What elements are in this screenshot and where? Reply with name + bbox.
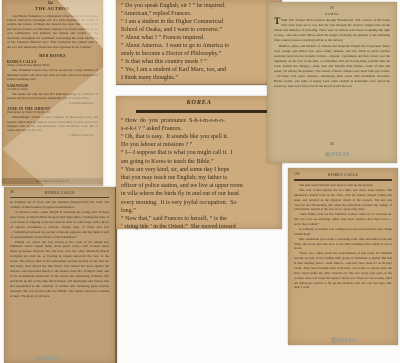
- header-rule: [10, 197, 109, 198]
- text-line: officer of police station, and we live a…: [121, 182, 277, 190]
- scan-page-130: 130 KOREA CALLS The aunt seated herself …: [288, 168, 398, 345]
- scanned-pages-collage: THE AUTHOR Lois Hawks Swinehart, is a mi…: [0, 0, 400, 363]
- running-title: KOREA: [116, 99, 282, 106]
- book-subtitle: A Child of Chosen: [7, 88, 98, 92]
- price-line: 4 Volumes, Each $1.25: [2, 178, 103, 184]
- text-line: Farther on, where the way swung to the c…: [10, 240, 109, 299]
- author-heading: THE AUTHOR: [7, 6, 98, 11]
- seal-text-marks: [43, 356, 60, 360]
- text-line: "Don't say a thing about the wretchednes…: [294, 251, 392, 290]
- seal-stamp-icon: [325, 152, 349, 158]
- scan-chapter-4-opening: IV KOREA THAT first Frances Holt travele…: [267, 2, 397, 163]
- text-line: s-e-k-i ? ” asked Frances.: [121, 125, 277, 133]
- text-line: “ Is that what this country needs ? ”: [121, 58, 277, 66]
- book-blurb: Mrs. Swinehart's latest story will be aw…: [7, 68, 98, 81]
- text-line: To Frances came a keen delight in watchi…: [10, 210, 109, 240]
- seal-text-marks: [332, 152, 349, 156]
- book-subtitle: Illustrations by Egbert W. Smith, D.D.: [7, 111, 98, 115]
- seal-circle-icon: [325, 152, 331, 158]
- header-rule: [136, 110, 281, 113]
- scan-page-39: KOREA 39 “ How do you pronounce S-h-i-m-…: [116, 96, 282, 229]
- header-rule: [294, 179, 392, 181]
- chapter-page-body: IV KOREA THAT first Frances Holt travele…: [267, 2, 397, 163]
- text-line: “ Do you speak English, sir ? ” he inqui…: [121, 2, 277, 10]
- paragraph-text: HAT first Frances Holt traveled through …: [274, 18, 390, 42]
- page-36-text: be tramped out of ivory and red celluloi…: [10, 200, 109, 299]
- text-line: Do you labour at missions ? ”: [121, 141, 277, 149]
- text-line: be tramped out of ivory and red celluloi…: [10, 200, 109, 210]
- seal-circle-icon: [36, 356, 42, 362]
- running-title: KOREA CALLS: [10, 190, 109, 195]
- text-line: A company of women was coming down the r…: [294, 227, 392, 237]
- text-line: in villa where the birds fly in and out …: [121, 190, 277, 198]
- page-130-body: 130 KOREA CALLS The aunt seated herself …: [288, 168, 398, 294]
- text-line: School of Osaka, and I want to converse.…: [121, 26, 277, 34]
- seal-stamp-icon: [331, 337, 355, 343]
- text-line: The road wound among the low hills, and …: [294, 188, 392, 212]
- text-line: “ About America. I want to go to America…: [121, 42, 277, 50]
- seal-circle-icon: [331, 337, 337, 343]
- text-line: am going to Korea to teach the Bible.”: [121, 158, 277, 166]
- book-credit: —Christian Advocate.: [7, 101, 98, 105]
- author-bio-paragraph: Lois Hawks Swinehart, is a missionary of…: [7, 14, 98, 50]
- page-number: 33: [267, 142, 397, 146]
- text-line: "Aunt Emily, here are the Christian wome…: [294, 212, 392, 227]
- scan-page-38-fragment: “ Do you speak English, sir ? ” he inqui…: [116, 0, 282, 85]
- text-line: “ Yes, I am a student of Karl Marx, too,…: [121, 66, 277, 74]
- text-line: I think many thoughts.”: [121, 74, 277, 82]
- page-130-text: The aunt seated herself once more to tak…: [294, 183, 392, 290]
- book-credit: —Boston Transcript.: [7, 133, 98, 137]
- book-blurb: The author not only has had first hand k…: [7, 92, 98, 101]
- chapter-title: KOREA: [274, 12, 390, 16]
- dialogue-text: “ Do you speak English, sir ? ” he inqui…: [116, 0, 282, 84]
- author-page-body: THE AUTHOR Lois Hawks Swinehart, is a mi…: [2, 0, 103, 186]
- text-line: every morning. It is very joyful occupat…: [121, 199, 277, 207]
- book-subtitle: A Story of the Korean Mission Field: [7, 64, 98, 68]
- her-books-heading: HER BOOKS: [7, 53, 98, 58]
- text-line: ‘ rising tide ’ in the Orient.” She move…: [121, 223, 277, 231]
- chapter-paragraph: Bamboo, pines, and thickets of camelia a…: [274, 44, 390, 89]
- text-line: “ Now that,” said Frances to herself, “ …: [121, 215, 277, 223]
- page-36-body: 36 KOREA CALLS be tramped out of ivory a…: [4, 187, 115, 301]
- book-entry: SARANGIE A Child of Chosen The author no…: [7, 84, 98, 105]
- chapter-number: IV: [274, 6, 390, 10]
- seal-stamp-icon: [36, 356, 60, 362]
- corner-text-fragment: Gr.: [48, 0, 54, 5]
- text-line: “ I am a student in the Higher Commercia…: [121, 18, 277, 26]
- page-39-text: “ How do you pronounce S-h-i-m-o-n-o-s-e…: [116, 116, 282, 233]
- text-line: Mrs. Alderman gave them a searching look…: [294, 237, 392, 252]
- running-header: 36 KOREA CALLS: [10, 190, 109, 196]
- text-line: “ About what ? ” Frances inquired.: [121, 34, 277, 42]
- text-line: “American,” replied Frances.: [121, 10, 277, 18]
- text-line: “ How do you pronounce S-h-i-m-o-n-o-: [121, 117, 277, 125]
- book-entry: KOREA CALLS A Story of the Korean Missio…: [7, 60, 98, 81]
- book-entry: JANE IN THE ORIENT Illustrations by Egbe…: [7, 107, 98, 136]
- text-line: “ You are very kind, sir, and some day I…: [121, 166, 277, 174]
- running-title: KOREA CALLS: [294, 172, 392, 177]
- text-line: study to become a Doctor of Philosophy.”: [121, 50, 277, 58]
- chapter-paragraph: THAT first Frances Holt traveled through…: [274, 18, 390, 43]
- text-line: that you may teach me English; my father…: [121, 174, 277, 182]
- running-header: 130 KOREA CALLS: [294, 172, 392, 178]
- scan-page-36: 36 KOREA CALLS be tramped out of ivory a…: [4, 187, 117, 363]
- seal-text-marks: [338, 338, 355, 342]
- text-line: long.”: [121, 207, 277, 215]
- book-blurb: Entertainingly written. It gives glimpse…: [7, 115, 98, 132]
- running-header: KOREA 39: [116, 99, 282, 109]
- scan-author-page: THE AUTHOR Lois Hawks Swinehart, is a mi…: [2, 0, 103, 186]
- text-line: “ Oh, that is easy. It sounds like you s…: [121, 133, 277, 141]
- text-line: “ I—I suppose that is what you might cal…: [121, 149, 277, 157]
